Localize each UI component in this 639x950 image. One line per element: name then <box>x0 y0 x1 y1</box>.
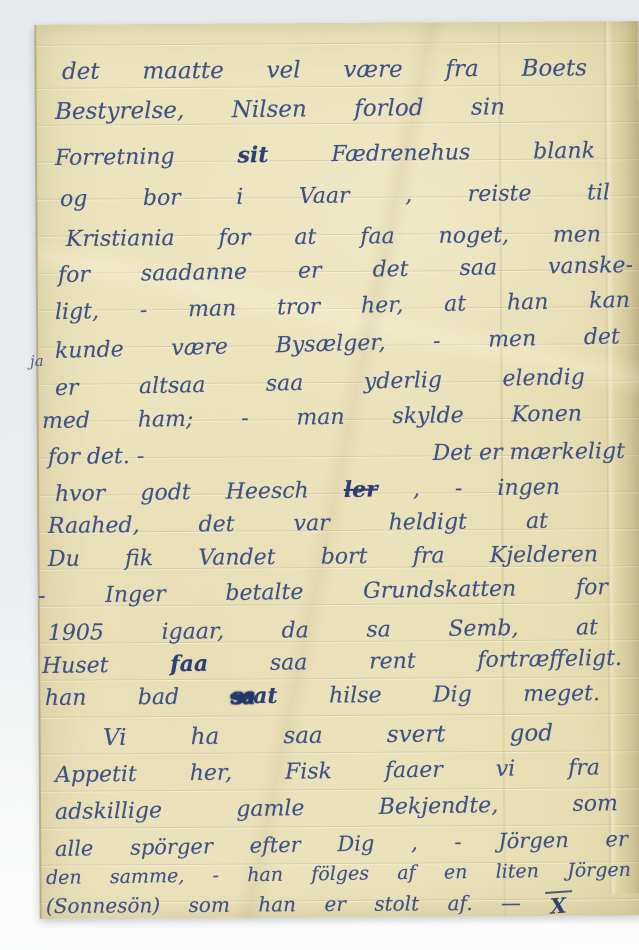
handwriting-line: det maatte vel være fra Boets <box>62 54 587 88</box>
word-segment: saa rent fortræffeligt. <box>208 646 622 677</box>
word-segment: hvor godt Heesch <box>55 478 344 507</box>
word-segment: for det. - <box>48 443 145 473</box>
handwriting-line: Kristiania for at faa noget, men <box>66 221 601 254</box>
scanned-letter-background: det maatte vel være fra Boets Bestyrelse… <box>0 0 639 950</box>
overwritten-word: faa <box>170 651 208 678</box>
handwriting-line: Raahed, det var heldigt at <box>48 508 548 542</box>
struck-word: ler <box>344 476 378 502</box>
overwritten-word: at <box>253 683 278 709</box>
handwriting-line: Vi ha saa svert god <box>103 719 553 754</box>
word-segment: hilse Dig meget. <box>278 681 601 709</box>
margin-insertion: ja <box>30 352 44 370</box>
word-segment: Forretning <box>55 143 238 171</box>
word-segment: han bad <box>45 684 231 711</box>
overwritten-word: sit <box>237 142 268 168</box>
word-segment: , - ingen <box>378 475 561 503</box>
ink-blot-strikeout: sa <box>230 683 253 709</box>
end-x-mark: X <box>545 890 574 919</box>
handwriting-line: (Sonnesön) som han er stolt af. — <box>46 890 521 919</box>
handwriting-line: han bad saat hilse Dig meget. <box>45 679 600 713</box>
handwriting-line: for det. -Det er mærkeligt <box>48 438 625 473</box>
word-segment: Det er mærkeligt <box>432 438 625 469</box>
handwriting-line: Bestyrelse, Nilsen forlod sin <box>55 93 505 128</box>
word-segment: Huset <box>42 652 171 679</box>
handwriting-line: 1905 igaar, da sa Semb, at <box>48 614 598 648</box>
handwriting-line: Du fik Vandet bort fra Kjelderen <box>48 541 598 574</box>
word-segment: Fædrenehus blank <box>268 138 595 168</box>
